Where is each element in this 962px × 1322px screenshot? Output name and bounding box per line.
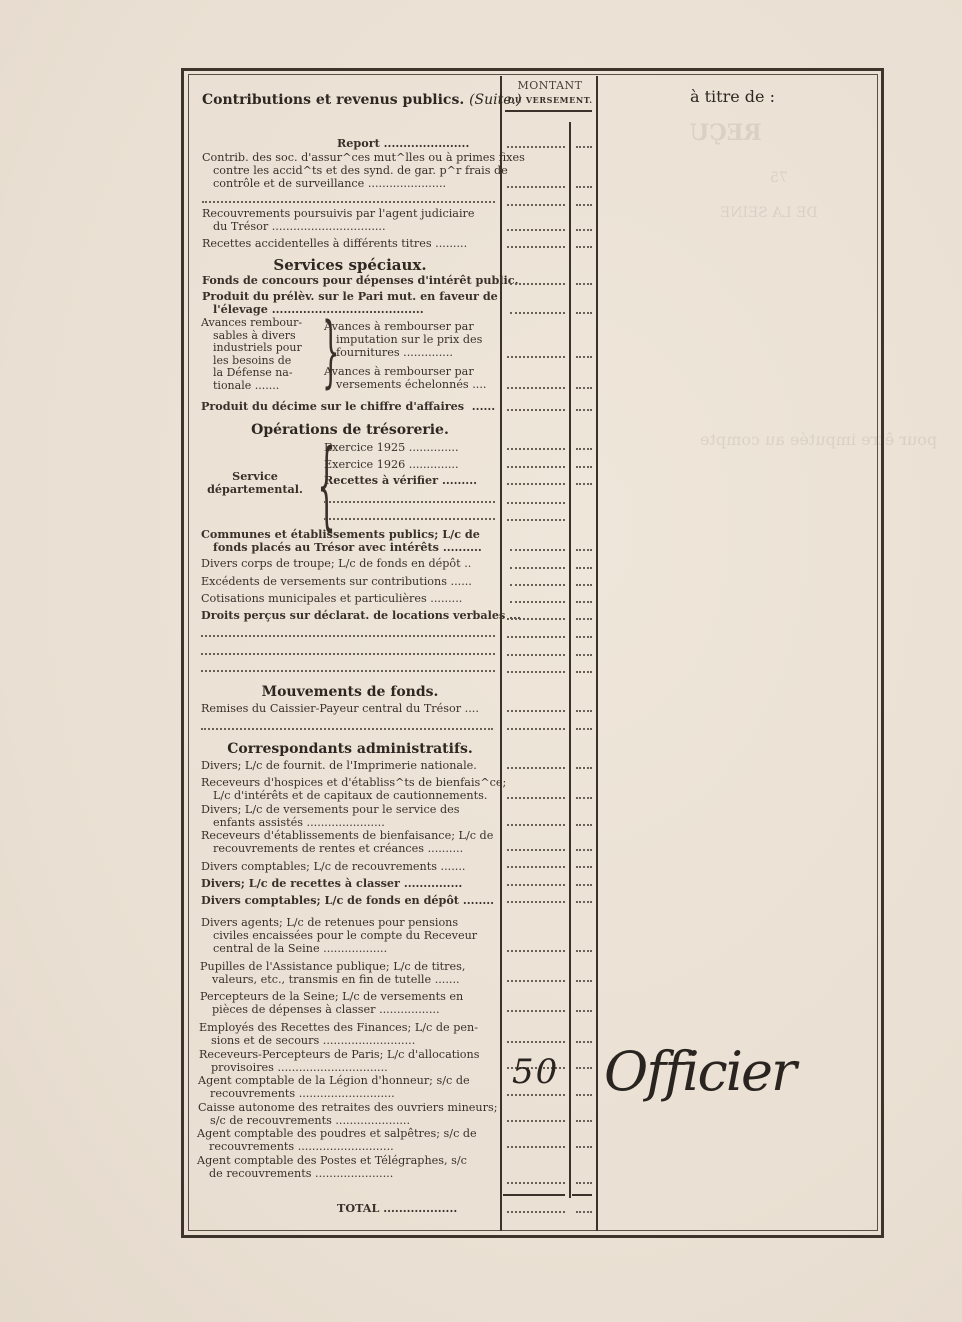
amount-line-cents xyxy=(576,466,592,468)
amount-line-cents xyxy=(576,1182,592,1184)
a-titre-de-label: à titre de : xyxy=(690,87,775,106)
amount-line-cents xyxy=(576,186,592,188)
amount-line-cents xyxy=(576,246,592,248)
amount-line-cents xyxy=(576,356,592,358)
amount-line xyxy=(510,549,565,551)
row-fonds-en-depot: Divers comptables; L/c de fonds en dépôt… xyxy=(201,894,494,907)
amount-line xyxy=(510,312,565,314)
amount-line-cents xyxy=(576,229,592,231)
amount-line-cents xyxy=(576,387,592,389)
row-divers-comptables-recouvrements: Divers comptables; L/c de recouvrements … xyxy=(201,860,465,873)
amount-line-cents xyxy=(576,950,592,952)
row-employes-recettes: Employés des Recettes des Finances; L/c … xyxy=(199,1021,478,1047)
amount-line xyxy=(507,502,565,504)
row-postes-telegraphes: Agent comptable des Postes et Télégraphe… xyxy=(197,1154,467,1180)
heading-operations-tresorerie: Opérations de trésorerie. xyxy=(200,422,500,438)
heading-mouvements-fonds: Mouvements de fonds. xyxy=(200,684,500,700)
blank-line xyxy=(202,201,495,203)
amount-line-cents xyxy=(576,146,592,148)
amount-line xyxy=(507,980,565,982)
amount-line xyxy=(507,671,565,673)
amount-line-cents xyxy=(576,601,592,603)
amount-line-cents xyxy=(576,824,592,826)
amount-line-cents xyxy=(576,884,592,886)
amount-line-cents xyxy=(576,584,592,586)
amount-line xyxy=(507,229,565,231)
amount-line-cents xyxy=(576,483,592,485)
row-caisse-ouvriers-mineurs: Caisse autonome des retraites des ouvrie… xyxy=(198,1101,497,1127)
amount-line xyxy=(507,866,565,868)
amount-line-cents xyxy=(576,901,592,903)
report-label: Report ...................... xyxy=(337,137,469,150)
service-departemental-label: Service départemental. xyxy=(205,470,305,496)
row-corps-de-troupe: Divers corps de troupe; L/c de fonds en … xyxy=(201,557,471,570)
heading-correspondants: Correspondants administratifs. xyxy=(200,741,500,757)
amount-line-cents xyxy=(576,1067,592,1069)
amount-line xyxy=(507,824,565,826)
row-poudres-salpetres: Agent comptable des poudres et salpêtres… xyxy=(197,1127,477,1153)
row-pari-mutuel: Produit du prélèv. sur le Pari mut. en f… xyxy=(202,290,498,316)
total-label: TOTAL ................... xyxy=(337,1202,457,1215)
row-fonds-concours: Fonds de concours pour dépenses d'intérê… xyxy=(202,274,519,287)
total-amount-line xyxy=(507,1211,565,1213)
amount-line-cents xyxy=(576,1041,592,1043)
montant-header: MONTANT xyxy=(506,79,594,92)
montant-subheader: DU VERSEMENT. xyxy=(506,95,594,105)
amount-line xyxy=(507,1120,565,1122)
avances-left-label: Avances rembour- sables à divers industr… xyxy=(201,317,302,393)
amount-line xyxy=(507,636,565,638)
blank-line xyxy=(324,501,495,503)
amount-line xyxy=(507,409,565,411)
amount-line xyxy=(507,654,565,656)
total-rule-cents xyxy=(572,1194,592,1196)
amount-line-cents xyxy=(576,549,592,551)
amount-line-cents xyxy=(576,618,592,620)
amount-line-cents xyxy=(576,283,592,285)
blank-line xyxy=(201,728,493,730)
row-exercice-1925: Exercice 1925 .............. xyxy=(324,441,459,454)
amount-line xyxy=(507,1010,565,1012)
row-percepteurs-seine: Percepteurs de la Seine; L/c de versemen… xyxy=(200,990,463,1016)
row-recettes-a-verifier: Recettes à vérifier ......... xyxy=(324,474,477,487)
amount-line-cents xyxy=(576,866,592,868)
blank-line xyxy=(324,518,495,520)
amount-line xyxy=(510,567,565,569)
amount-line xyxy=(507,246,565,248)
amount-line-cents xyxy=(576,1010,592,1012)
row-decime: Produit du décime sur le chiffre d'affai… xyxy=(201,400,495,413)
row-imprimerie-nationale: Divers; L/c de fournit. de l'Imprimerie … xyxy=(201,759,477,772)
row-exercice-1926: Exercice 1926 .............. xyxy=(324,458,459,471)
amount-line xyxy=(507,519,565,521)
row-contrib-assurances: Contrib. des soc. d'assur^ces mut^lles o… xyxy=(202,151,525,190)
row-etablissements-bienfaisance: Receveurs d'établissements de bienfaisan… xyxy=(201,829,493,855)
row-cotisations: Cotisations municipales et particulières… xyxy=(201,592,462,605)
amount-line-cents xyxy=(576,710,592,712)
amount-line xyxy=(507,710,565,712)
amount-line xyxy=(510,283,565,285)
row-communes-etablissements: Communes et établissements publics; L/c … xyxy=(201,528,482,554)
amount-line xyxy=(507,901,565,903)
amount-line xyxy=(507,1041,565,1043)
row-avances-echelonnes: Avances à rembourser par versements éche… xyxy=(324,365,486,391)
amount-line xyxy=(507,356,565,358)
handwritten-amount: 50 xyxy=(512,1052,559,1092)
amount-line-cents xyxy=(576,312,592,314)
amount-line-cents xyxy=(576,636,592,638)
column-divider-centimes xyxy=(569,122,571,1198)
amount-line xyxy=(510,601,565,603)
amount-line xyxy=(507,618,565,620)
amount-line-cents xyxy=(576,797,592,799)
amount-line xyxy=(507,797,565,799)
amount-line xyxy=(507,849,565,851)
row-remises-caissier: Remises du Caissier-Payeur central du Tr… xyxy=(201,702,479,715)
amount-line xyxy=(507,146,565,148)
amount-line xyxy=(507,204,565,206)
amount-line xyxy=(507,728,565,730)
heading-services-speciaux: Services spéciaux. xyxy=(200,256,500,274)
row-receveurs-percepteurs-paris: Receveurs-Percepteurs de Paris; L/c d'al… xyxy=(199,1048,480,1074)
handwritten-a-titre-de: Officier xyxy=(604,1040,795,1103)
row-avances-imputation: Avances à rembourser par imputation sur … xyxy=(324,320,482,359)
total-rule xyxy=(503,1194,565,1196)
amount-line-cents xyxy=(576,728,592,730)
amount-line-cents xyxy=(576,567,592,569)
column-divider-montant xyxy=(596,76,598,1231)
amount-line-cents xyxy=(576,204,592,206)
row-excedents-versements: Excédents de versements sur contribution… xyxy=(201,575,472,588)
amount-line-cents xyxy=(576,1146,592,1148)
amount-line xyxy=(510,584,565,586)
amount-line-cents xyxy=(576,448,592,450)
row-recouvrements-agent-judiciaire: Recouvrements poursuivis par l'agent jud… xyxy=(202,207,475,233)
amount-line-cents xyxy=(576,1120,592,1122)
row-enfants-assistes: Divers; L/c de versements pour le servic… xyxy=(201,803,459,829)
amount-line xyxy=(507,186,565,188)
amount-line xyxy=(507,466,565,468)
page-title: Contributions et revenus publics. (Suite… xyxy=(202,92,521,108)
amount-line xyxy=(507,448,565,450)
row-legion-honneur: Agent comptable de la Légion d'honneur; … xyxy=(198,1074,470,1100)
blank-line xyxy=(201,653,495,655)
row-pupilles-assistance: Pupilles de l'Assistance publique; L/c d… xyxy=(200,960,465,986)
amount-line xyxy=(507,483,565,485)
amount-line-cents xyxy=(576,654,592,656)
amount-line xyxy=(507,1182,565,1184)
column-divider-text xyxy=(500,76,502,1231)
amount-line-cents xyxy=(576,671,592,673)
montant-header-rule xyxy=(505,110,592,112)
amount-line-cents xyxy=(576,1094,592,1096)
amount-line-cents xyxy=(576,767,592,769)
row-recettes-accidentelles: Recettes accidentelles à différents titr… xyxy=(202,237,467,250)
amount-line xyxy=(507,1146,565,1148)
amount-line xyxy=(507,950,565,952)
row-receveurs-hospices: Receveurs d'hospices et d'établiss^ts de… xyxy=(201,776,506,802)
amount-line xyxy=(507,1094,565,1096)
row-recettes-a-classer: Divers; L/c de recettes à classer ......… xyxy=(201,877,462,890)
total-amount-line-cents xyxy=(576,1211,592,1213)
amount-line-cents xyxy=(576,409,592,411)
amount-line-cents xyxy=(576,980,592,982)
amount-line xyxy=(507,387,565,389)
amount-line xyxy=(507,884,565,886)
amount-line xyxy=(507,767,565,769)
row-droits-locations: Droits perçus sur déclarat. de locations… xyxy=(201,609,521,622)
row-divers-agents-pensions: Divers agents; L/c de retenues pour pens… xyxy=(201,916,477,955)
blank-line xyxy=(201,635,495,637)
amount-line-cents xyxy=(576,849,592,851)
blank-line xyxy=(201,670,495,672)
